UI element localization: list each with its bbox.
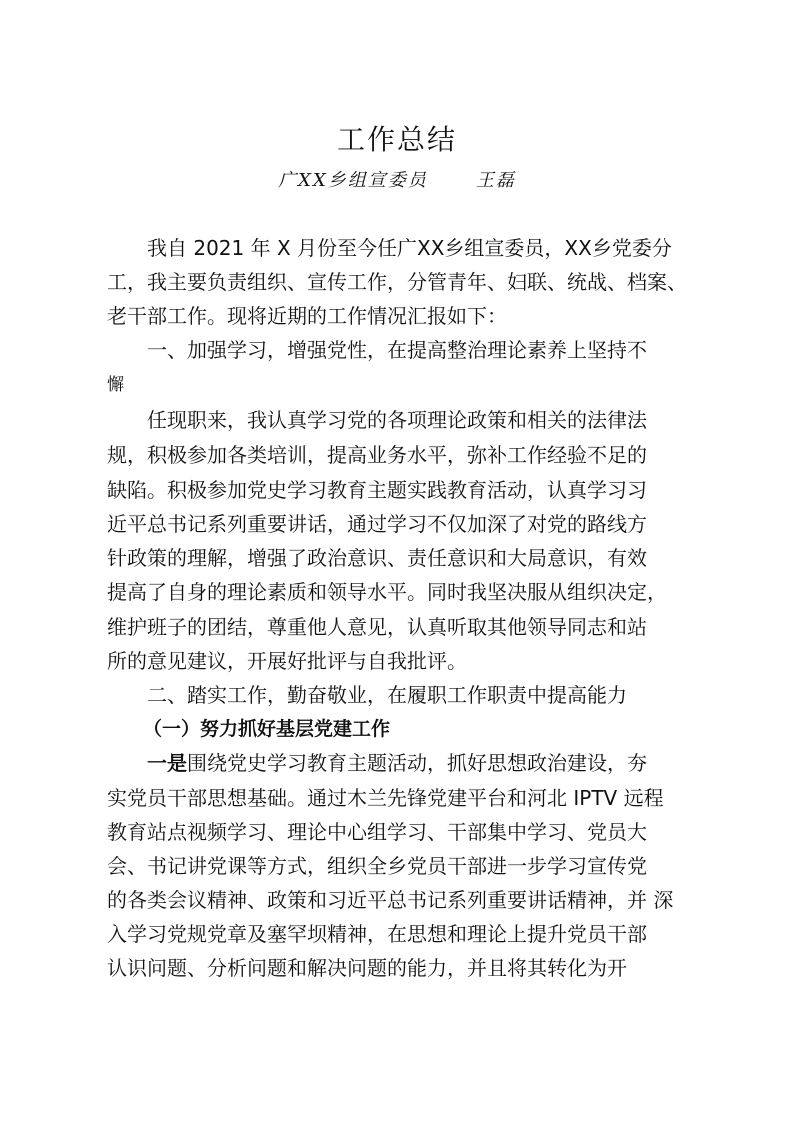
text-line: 二、踏实工作，勤奋敬业，在履职工作职责中提高能力 — [147, 683, 627, 707]
text-line: 我自 2021 年 X 月份至今任广XX乡组宣委员，XX乡党委分 — [147, 236, 672, 260]
text-line: 一、加强学习，增强党性，在提高整治理论素养上坚持不 — [147, 338, 647, 362]
line-text: 我自 2021 年 X 月份至今任广XX乡组宣委员，XX乡党委分 — [147, 236, 672, 260]
line-text: 老干部工作。现将近期的工作情况汇报如下： — [107, 304, 507, 328]
line-text: 实党员干部思想基础。通过木兰先锋党建平台和河北 IPTV 远程 — [107, 786, 664, 810]
text-line: 教育站点视频学习、理论中心组学习、干部集中学习、党员大 — [107, 820, 647, 844]
text-line: 的各类会议精神、政策和习近平总书记系列重要讲话精神，并 深 — [107, 888, 673, 912]
text-line: 老干部工作。现将近期的工作情况汇报如下： — [107, 304, 507, 328]
document-page: 工作总结 广XX乡组宣委员王磊 我自 2021 年 X 月份至今任广XX乡组宣委… — [0, 0, 794, 1122]
line-text: 近平总书记系列重要讲话，通过学习不仅加深了对党的路线方 — [107, 512, 647, 536]
text-line: 懈 — [107, 373, 124, 397]
line-text: 的各类会议精神、政策和习近平总书记系列重要讲话精神，并 深 — [107, 888, 673, 912]
text-line: 工，我主要负责组织、宣传工作，分管青年、妇联、统战、档案、 — [107, 270, 687, 294]
line-text: 所的意见建议，开展好批评与自我批评。 — [107, 649, 467, 673]
line-text: 懈 — [107, 375, 124, 395]
line-text: 工，我主要负责组织、宣传工作，分管青年、妇联、统战、档案、 — [107, 270, 687, 294]
line-text: 任现职来，我认真学习党的各项理论政策和相关的法律法 — [147, 408, 647, 432]
author-name: 王磊 — [476, 170, 516, 191]
document-title: 工作总结 — [0, 118, 794, 158]
bold-prefix: 一是 — [147, 751, 187, 775]
line-text: 会、书记讲党课等方式，组织全乡党员干部进一步学习宣传党 — [107, 854, 647, 878]
line-text: 入学习党规党章及塞罕坝精神，在思想和理论上提升党员干部 — [107, 922, 647, 946]
text-line: 实党员干部思想基础。通过木兰先锋党建平台和河北 IPTV 远程 — [107, 786, 664, 810]
line-text: 围绕党史学习教育主题活动，抓好思想政治建设，夯 — [187, 751, 647, 775]
text-line: 近平总书记系列重要讲话，通过学习不仅加深了对党的路线方 — [107, 512, 647, 536]
text-line: 一是围绕党史学习教育主题活动，抓好思想政治建设，夯 — [147, 751, 647, 775]
text-line: 所的意见建议，开展好批评与自我批评。 — [107, 649, 467, 673]
text-line: 入学习党规党章及塞罕坝精神，在思想和理论上提升党员干部 — [107, 922, 647, 946]
line-text: 一、加强学习，增强党性，在提高整治理论素养上坚持不 — [147, 338, 647, 362]
line-text: 提高了自身的理论素质和领导水平。同时我坚决服从组织决定， — [107, 580, 667, 604]
line-text: 二、踏实工作，勤奋敬业，在履职工作职责中提高能力 — [147, 683, 627, 707]
line-text: 规，积极参加各类培训，提高业务水平，弥补工作经验不足的 — [107, 443, 647, 467]
author-line: 广XX乡组宣委员王磊 — [0, 166, 794, 192]
line-text: （一）努力抓好基层党建工作 — [143, 718, 390, 740]
text-line: 维护班子的团结，尊重他人意见，认真听取其他领导同志和站 — [107, 615, 647, 639]
text-line: 提高了自身的理论素质和领导水平。同时我坚决服从组织决定， — [107, 580, 667, 604]
author-position: 广XX乡组宣委员 — [278, 170, 428, 191]
line-text: 针政策的理解，增强了政治意识、责任意识和大局意识，有效 — [107, 546, 647, 570]
text-line: 规，积极参加各类培训，提高业务水平，弥补工作经验不足的 — [107, 443, 647, 467]
text-line: 任现职来，我认真学习党的各项理论政策和相关的法律法 — [147, 408, 647, 432]
text-line: 针政策的理解，增强了政治意识、责任意识和大局意识，有效 — [107, 546, 647, 570]
line-text: 缺陷。积极参加党史学习教育主题实践教育活动，认真学习习 — [107, 478, 647, 502]
text-line: 会、书记讲党课等方式，组织全乡党员干部进一步学习宣传党 — [107, 854, 647, 878]
section-subheading: （一）努力抓好基层党建工作 — [143, 717, 390, 741]
text-line: 认识问题、分析问题和解决问题的能力，并且将其转化为开 — [107, 956, 627, 980]
line-text: 教育站点视频学习、理论中心组学习、干部集中学习、党员大 — [107, 820, 647, 844]
line-text: 认识问题、分析问题和解决问题的能力，并且将其转化为开 — [107, 956, 627, 980]
text-line: 缺陷。积极参加党史学习教育主题实践教育活动，认真学习习 — [107, 478, 647, 502]
line-text: 维护班子的团结，尊重他人意见，认真听取其他领导同志和站 — [107, 615, 647, 639]
